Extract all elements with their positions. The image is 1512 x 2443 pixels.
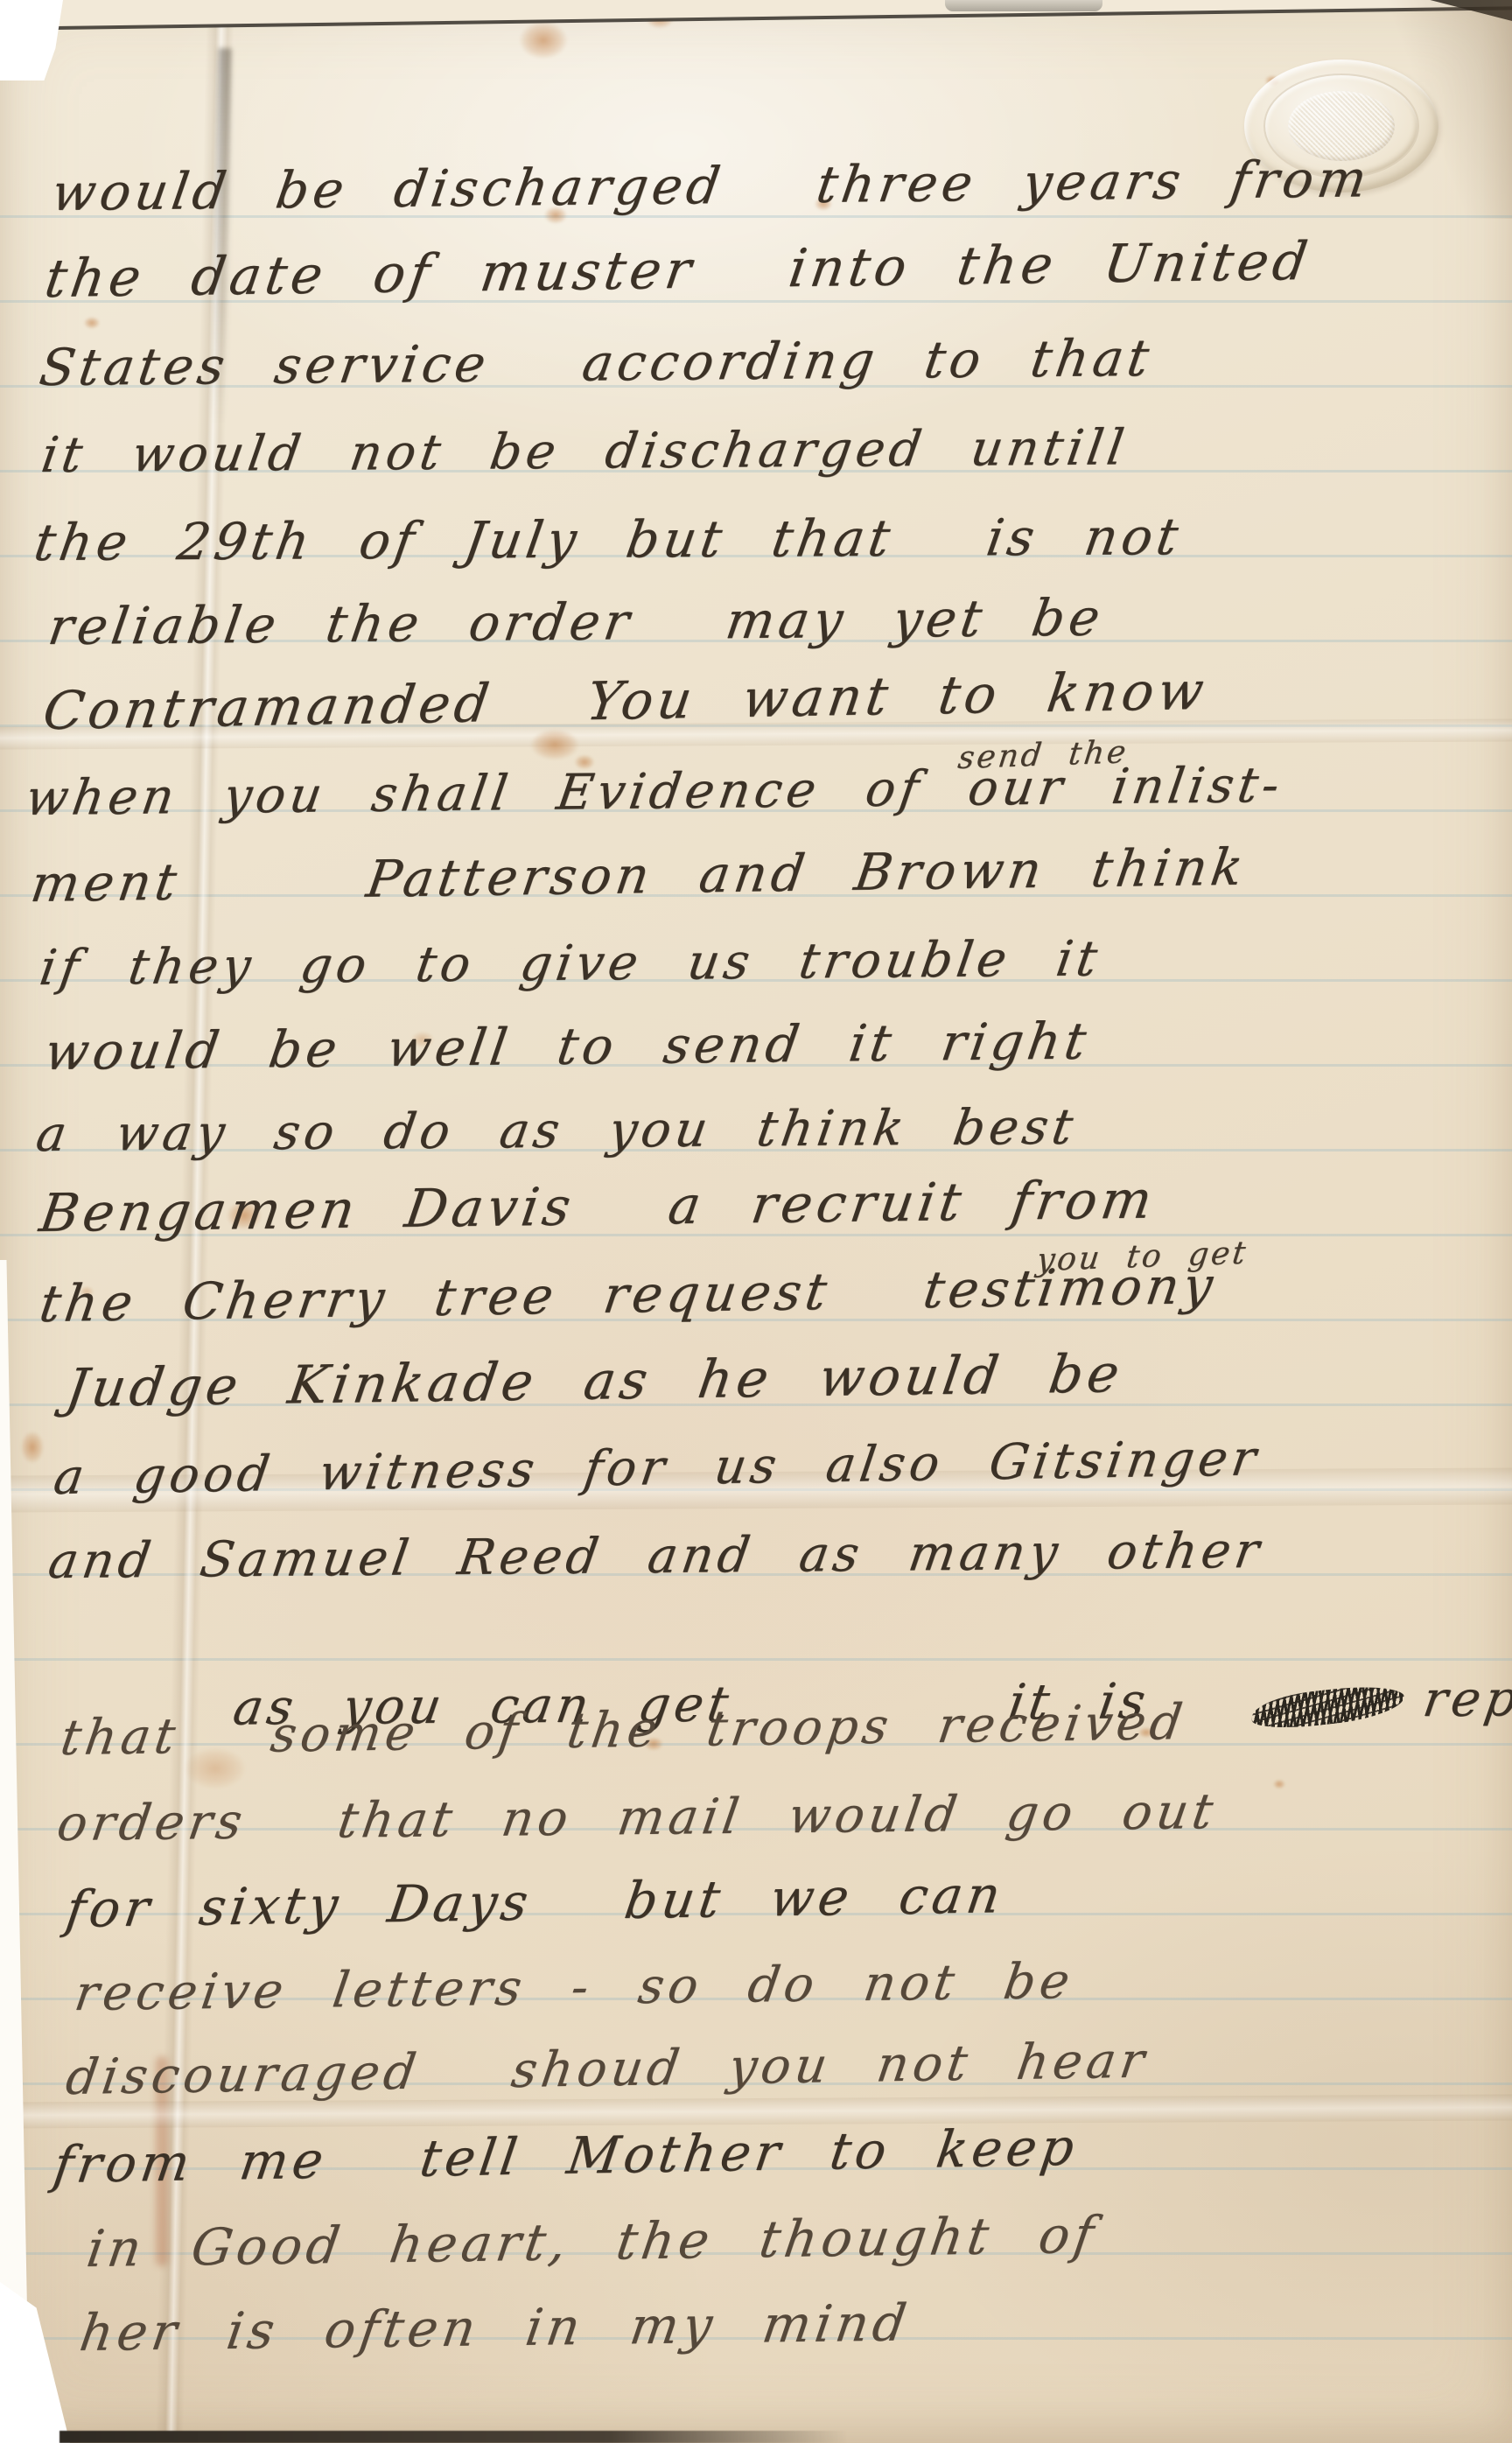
letter-line: the 29th of July but that is not bbox=[31, 507, 1186, 572]
letter-line: her is often in my mind bbox=[76, 2292, 914, 2362]
foxing-spot bbox=[81, 315, 102, 331]
letter-line: it would not be discharged untill bbox=[38, 419, 1131, 484]
foxing-spot bbox=[17, 1426, 47, 1468]
scratched-out-word bbox=[1251, 1681, 1405, 1732]
letter-line: reliable the order may yet be bbox=[45, 587, 1108, 656]
scanned-letter-page: would be discharged three years from the… bbox=[0, 0, 1512, 2443]
sheet-bottom-edge bbox=[59, 2431, 847, 2443]
binding-clip bbox=[945, 0, 1102, 11]
letter-line: and Samuel Reed and as many other bbox=[45, 1522, 1267, 1590]
top-right-fold-shadow bbox=[1381, 0, 1512, 219]
letter-line: a way so do as you think best bbox=[32, 1099, 1081, 1163]
letter-line: States service according to that bbox=[36, 328, 1157, 397]
letter-line-text: reported bbox=[1419, 1669, 1512, 1728]
letter-line: if they go to give us trouble it bbox=[36, 930, 1105, 997]
letter-line: would be well to send it right bbox=[41, 1011, 1094, 1081]
